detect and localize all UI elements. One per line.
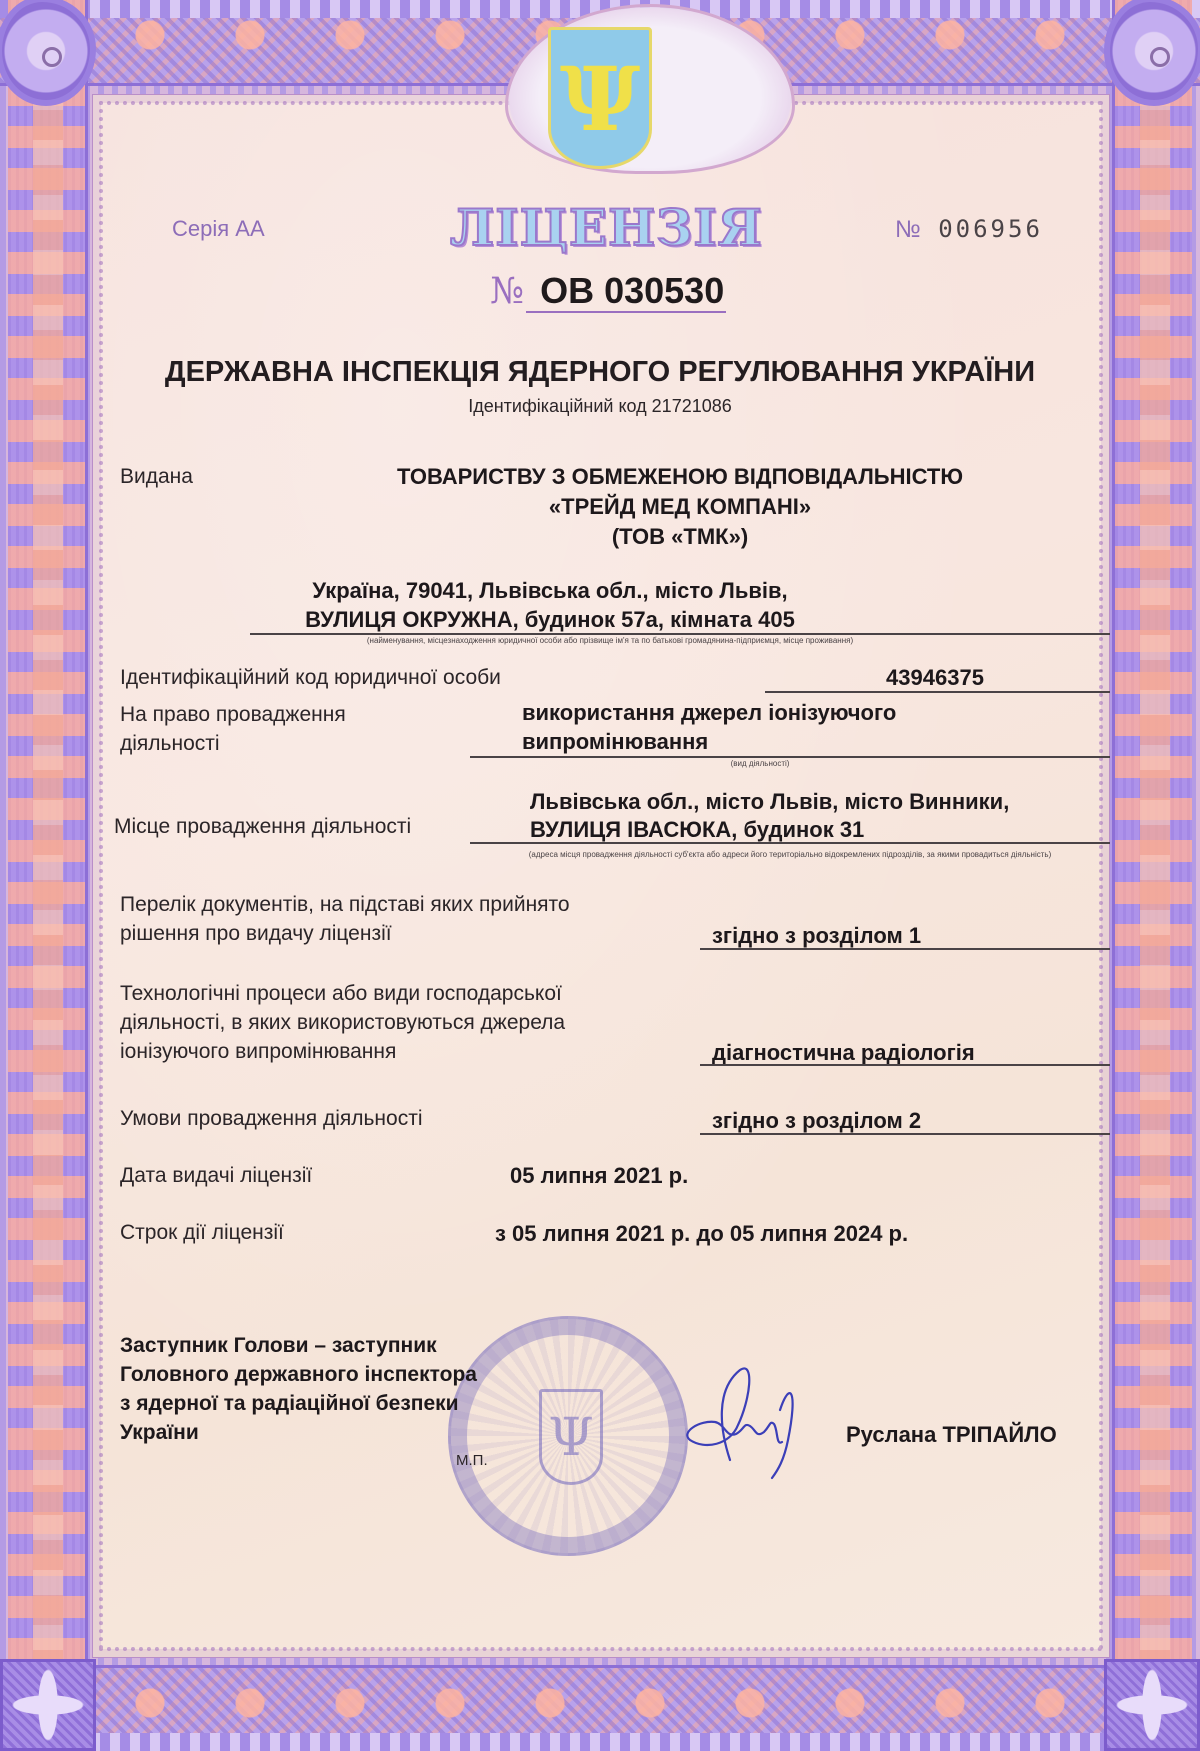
seal-trident-icon: Ψ — [539, 1389, 603, 1485]
place-value-line2: ВУЛИЦЯ ІВАСЮКА, будинок 31 — [530, 815, 864, 844]
serial-number: № 006956 — [895, 215, 1043, 244]
place-label: Місце провадження діяльності — [114, 812, 411, 841]
issued-to-hint: (найменування, місцезнаходження юридично… — [290, 636, 930, 646]
trident-icon: Ψ — [551, 30, 649, 166]
signatory-name: Руслана ТРІПАЙЛО — [846, 1420, 1057, 1449]
handwritten-signature-icon — [660, 1350, 810, 1490]
document-title: ЛІЦЕНЗІЯ — [450, 198, 750, 257]
underline — [700, 1064, 1110, 1066]
documents-label-line2: рішення про видачу ліцензії — [120, 919, 392, 948]
signatory-title-line2: Головного державного інспектора — [120, 1360, 477, 1389]
processes-label-line2: діяльності, в яких використовуються джер… — [120, 1008, 565, 1037]
issued-to-label: Видана — [120, 462, 193, 491]
underline — [765, 691, 1110, 693]
processes-label-line1: Технологічні процеси або види господарсь… — [120, 979, 562, 1008]
number-sign: № — [490, 271, 524, 312]
conditions-label: Умови провадження діяльності — [120, 1104, 423, 1133]
activity-label-line1: На право провадження — [120, 700, 346, 729]
place-hint: (адреса місця провадження діяльності суб… — [490, 850, 1090, 860]
conditions-value: згідно з розділом 2 — [712, 1106, 921, 1135]
processes-label-line3: іонізуючого випромінювання — [120, 1037, 396, 1066]
right-border-band — [1112, 0, 1192, 1751]
documents-label-line1: Перелік документів, на підставі яких при… — [120, 890, 570, 919]
documents-value: згідно з розділом 1 — [712, 921, 921, 950]
activity-value-line2: випромінювання — [522, 727, 708, 756]
org-name-line2: «ТРЕЙД МЕД КОМПАНІ» — [330, 492, 1030, 521]
org-name-line3: (ТОВ «ТМК») — [330, 522, 1030, 551]
corner-flower-tile-icon — [0, 1659, 96, 1751]
license-number-value: ОВ 030530 — [526, 270, 726, 313]
legal-id-label: Ідентифікаційний код юридичної особи — [120, 663, 501, 692]
bottom-border-band — [0, 1665, 1200, 1751]
place-value-line1: Львівська обл., місто Львів, місто Винни… — [530, 787, 1009, 816]
validity-value: з 05 липня 2021 р. до 05 липня 2024 р. — [495, 1219, 908, 1248]
processes-value: діагностична радіологія — [712, 1038, 975, 1067]
official-seal-icon: Ψ — [448, 1316, 688, 1556]
signatory-title-line4: України — [120, 1418, 199, 1447]
signatory-title-line3: з ядерної та радіаційної безпеки — [120, 1389, 459, 1418]
authority-id-code: Ідентифікаційний код 21721086 — [0, 396, 1200, 417]
validity-label: Строк дії ліцензії — [120, 1218, 284, 1247]
signatory-title-line1: Заступник Голови – заступник — [120, 1331, 437, 1360]
left-border-band — [8, 0, 88, 1751]
underline — [700, 948, 1110, 950]
issuing-authority: ДЕРЖАВНА ІНСПЕКЦІЯ ЯДЕРНОГО РЕГУЛЮВАННЯ … — [0, 356, 1200, 389]
org-name-line1: ТОВАРИСТВУ З ОБМЕЖЕНОЮ ВІДПОВІДАЛЬНІСТЮ — [330, 462, 1030, 491]
org-address-line1: Україна, 79041, Львівська обл., місто Ль… — [200, 576, 900, 605]
activity-label-line2: діяльності — [120, 729, 220, 758]
series-label: Серія АА — [172, 216, 265, 242]
activity-hint: (вид діяльності) — [700, 759, 820, 769]
corner-rosette-icon — [1104, 0, 1200, 106]
org-address-line2: ВУЛИЦЯ ОКРУЖНА, будинок 57а, кімната 405 — [200, 605, 900, 634]
legal-id-value: 43946375 — [765, 663, 1105, 692]
license-number: №ОВ 030530 — [490, 270, 726, 312]
issue-date-label: Дата видачі ліцензії — [120, 1161, 312, 1190]
number-sign: № — [895, 216, 921, 243]
serial-number-value: 006956 — [938, 215, 1043, 243]
underline — [250, 633, 1110, 635]
corner-flower-tile-icon — [1104, 1659, 1200, 1751]
underline — [700, 1133, 1110, 1135]
underline — [470, 756, 1110, 758]
stamp-mark: М.П. — [456, 1446, 488, 1475]
coat-of-arms-shield: Ψ — [548, 27, 652, 169]
activity-value-line1: використання джерел іонізуючого — [522, 698, 896, 727]
issue-date-value: 05 липня 2021 р. — [510, 1161, 688, 1190]
underline — [470, 842, 1110, 844]
